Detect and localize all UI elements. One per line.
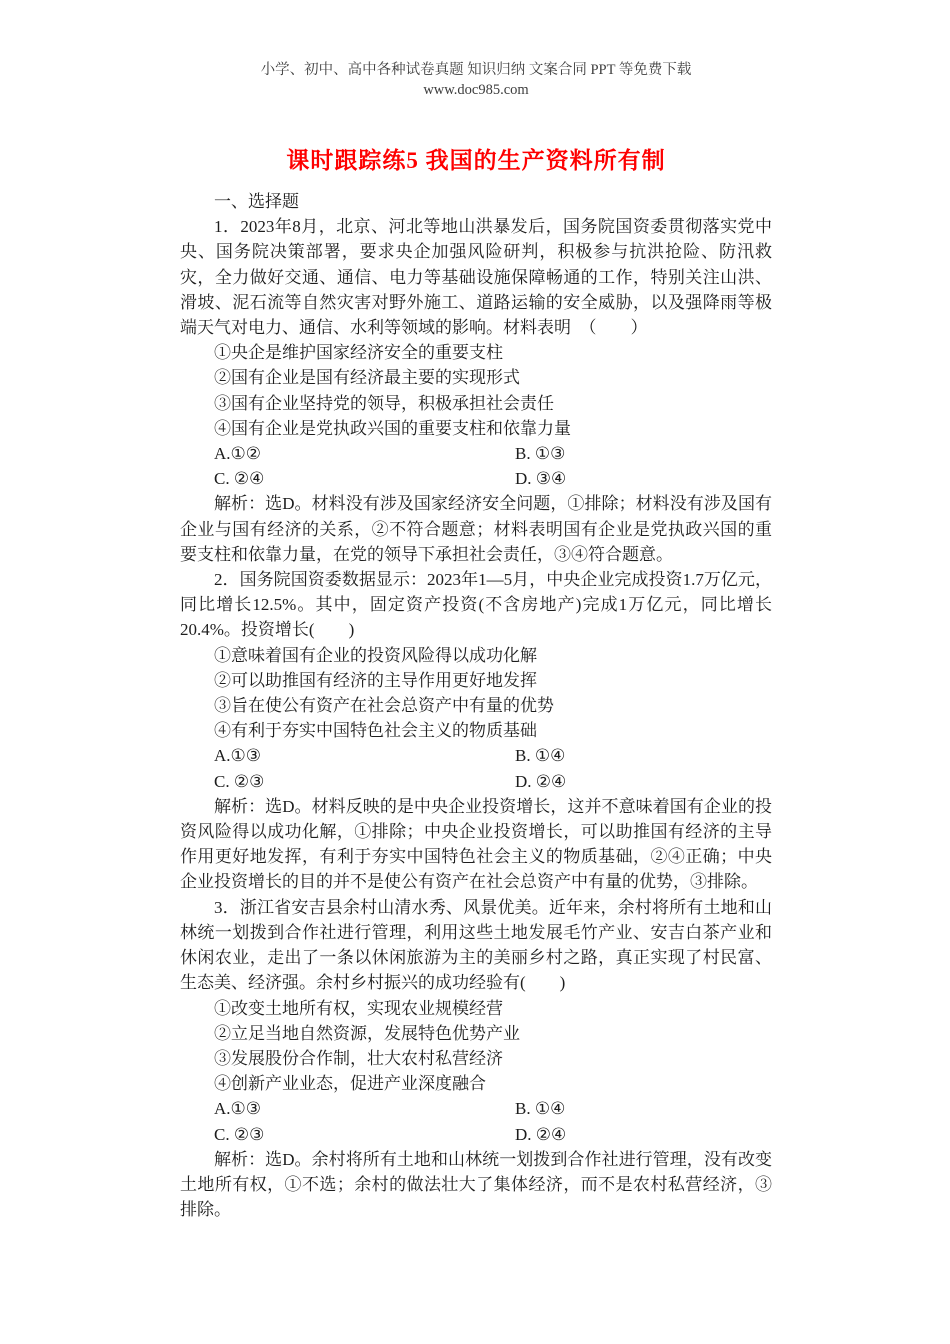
- question-1-option-a: A.①②: [214, 441, 515, 466]
- question-2-options-row-cd: C. ②③ D. ②④: [180, 769, 772, 794]
- question-3-choice-1: ①改变土地所有权，实现农业规模经营: [180, 996, 772, 1021]
- question-3-option-a: A.①③: [214, 1096, 515, 1121]
- question-3-analysis: 解析：选D。余村将所有土地和山林统一划拨到合作社进行管理，没有改变土地所有权，①…: [180, 1147, 772, 1223]
- question-1-analysis: 解析：选D。材料没有涉及国家经济安全问题，①排除；材料没有涉及国有企业与国有经济…: [180, 491, 772, 567]
- question-2-options-row-ab: A.①③ B. ①④: [180, 743, 772, 768]
- question-3-option-d: D. ②④: [515, 1122, 772, 1147]
- question-1-option-d: D. ③④: [515, 466, 772, 491]
- question-3-choice-2: ②立足当地自然资源，发展特色优势产业: [180, 1021, 772, 1046]
- document-page: 小学、初中、高中各种试卷真题 知识归纳 文案合同 PPT 等免费下载 www.d…: [0, 0, 950, 1344]
- question-1-options-row-cd: C. ②④ D. ③④: [180, 466, 772, 491]
- question-3-option-c: C. ②③: [214, 1122, 515, 1147]
- question-2-choice-2: ②可以助推国有经济的主导作用更好地发挥: [180, 668, 772, 693]
- question-3-stem: 3．浙江省安吉县余村山清水秀、风景优美。近年来，余村将所有土地和山林统一划拨到合…: [180, 895, 772, 996]
- question-1-choice-2: ②国有企业是国有经济最主要的实现形式: [180, 365, 772, 390]
- section-heading: 一、选择题: [180, 189, 772, 214]
- question-1-option-b: B. ①③: [515, 441, 772, 466]
- document-title: 课时跟踪练5 我国的生产资料所有制: [180, 142, 772, 175]
- question-2-stem: 2．国务院国资委数据显示：2023年1—5月，中央企业完成投资1.7万亿元，同比…: [180, 567, 772, 643]
- question-2-choice-3: ③旨在使公有资产在社会总资产中有量的优势: [180, 693, 772, 718]
- site-header: 小学、初中、高中各种试卷真题 知识归纳 文案合同 PPT 等免费下载 www.d…: [120, 60, 832, 100]
- question-2-analysis: 解析：选D。材料反映的是中央企业投资增长，这并不意味着国有企业的投资风险得以成功…: [180, 794, 772, 895]
- question-3-option-b: B. ①④: [515, 1096, 772, 1121]
- header-site-url[interactable]: www.doc985.com: [423, 82, 528, 98]
- question-2-option-c: C. ②③: [214, 769, 515, 794]
- question-2-option-b: B. ①④: [515, 743, 772, 768]
- question-3-choice-4: ④创新产业业态，促进产业深度融合: [180, 1071, 772, 1096]
- question-3-options-row-cd: C. ②③ D. ②④: [180, 1122, 772, 1147]
- question-3-choice-3: ③发展股份合作制，壮大农村私营经济: [180, 1046, 772, 1071]
- header-promo-text: 小学、初中、高中各种试卷真题 知识归纳 文案合同 PPT 等免费下载: [120, 60, 832, 80]
- question-3-options-row-ab: A.①③ B. ①④: [180, 1096, 772, 1121]
- question-1-option-c: C. ②④: [214, 466, 515, 491]
- question-1-choice-1: ①央企是维护国家经济安全的重要支柱: [180, 340, 772, 365]
- question-1-choice-4: ④国有企业是党执政兴国的重要支柱和依靠力量: [180, 416, 772, 441]
- question-1-options-row-ab: A.①② B. ①③: [180, 441, 772, 466]
- question-2-option-a: A.①③: [214, 743, 515, 768]
- question-2-choice-4: ④有利于夯实中国特色社会主义的物质基础: [180, 718, 772, 743]
- document-body: 一、选择题 1．2023年8月，北京、河北等地山洪暴发后，国务院国资委贯彻落实党…: [180, 189, 772, 1222]
- question-2-option-d: D. ②④: [515, 769, 772, 794]
- question-1-choice-3: ③国有企业坚持党的领导，积极承担社会责任: [180, 391, 772, 416]
- question-2-choice-1: ①意味着国有企业的投资风险得以成功化解: [180, 643, 772, 668]
- question-1-stem: 1．2023年8月，北京、河北等地山洪暴发后，国务院国资委贯彻落实党中央、国务院…: [180, 214, 772, 340]
